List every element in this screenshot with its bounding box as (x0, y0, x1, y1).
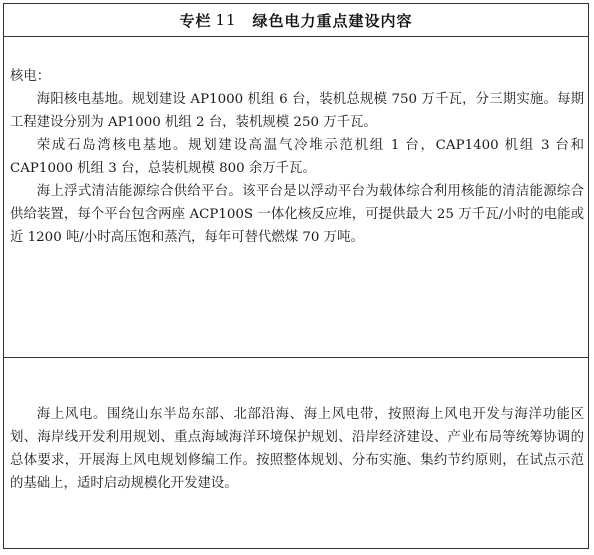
section-offshore-wind: 海上风电。围绕山东半岛东部、北部沿海、海上风电带，按照海上风电开发与海洋功能区划… (4, 358, 588, 548)
feature-box: 专栏 11 绿色电力重点建设内容 核电： 海阳核电基地。规划建设 AP1000 … (3, 3, 589, 549)
box-header: 专栏 11 绿色电力重点建设内容 (4, 4, 588, 37)
section-nuclear: 核电： 海阳核电基地。规划建设 AP1000 机组 6 台，装机总规模 750 … (4, 37, 588, 358)
box-number: 11 (215, 11, 236, 29)
box-title: 绿色电力重点建设内容 (253, 10, 413, 31)
paragraph-offshore-wind: 海上风电。围绕山东半岛东部、北部沿海、海上风电带，按照海上风电开发与海洋功能区划… (10, 403, 584, 495)
box-label: 专栏 (179, 10, 211, 31)
paragraph-floating-platform: 海上浮式清洁能源综合供给平台。该平台是以浮动平台为载体综合利用核能的清洁能源综合… (10, 180, 584, 249)
paragraph-shidaowan: 荣成石岛湾核电基地。规划建设高温气冷堆示范机组 1 台，CAP1400 机组 3… (10, 134, 584, 180)
paragraph-haiyang: 海阳核电基地。规划建设 AP1000 机组 6 台，装机总规模 750 万千瓦，… (10, 88, 584, 134)
section-heading: 核电： (10, 65, 584, 88)
